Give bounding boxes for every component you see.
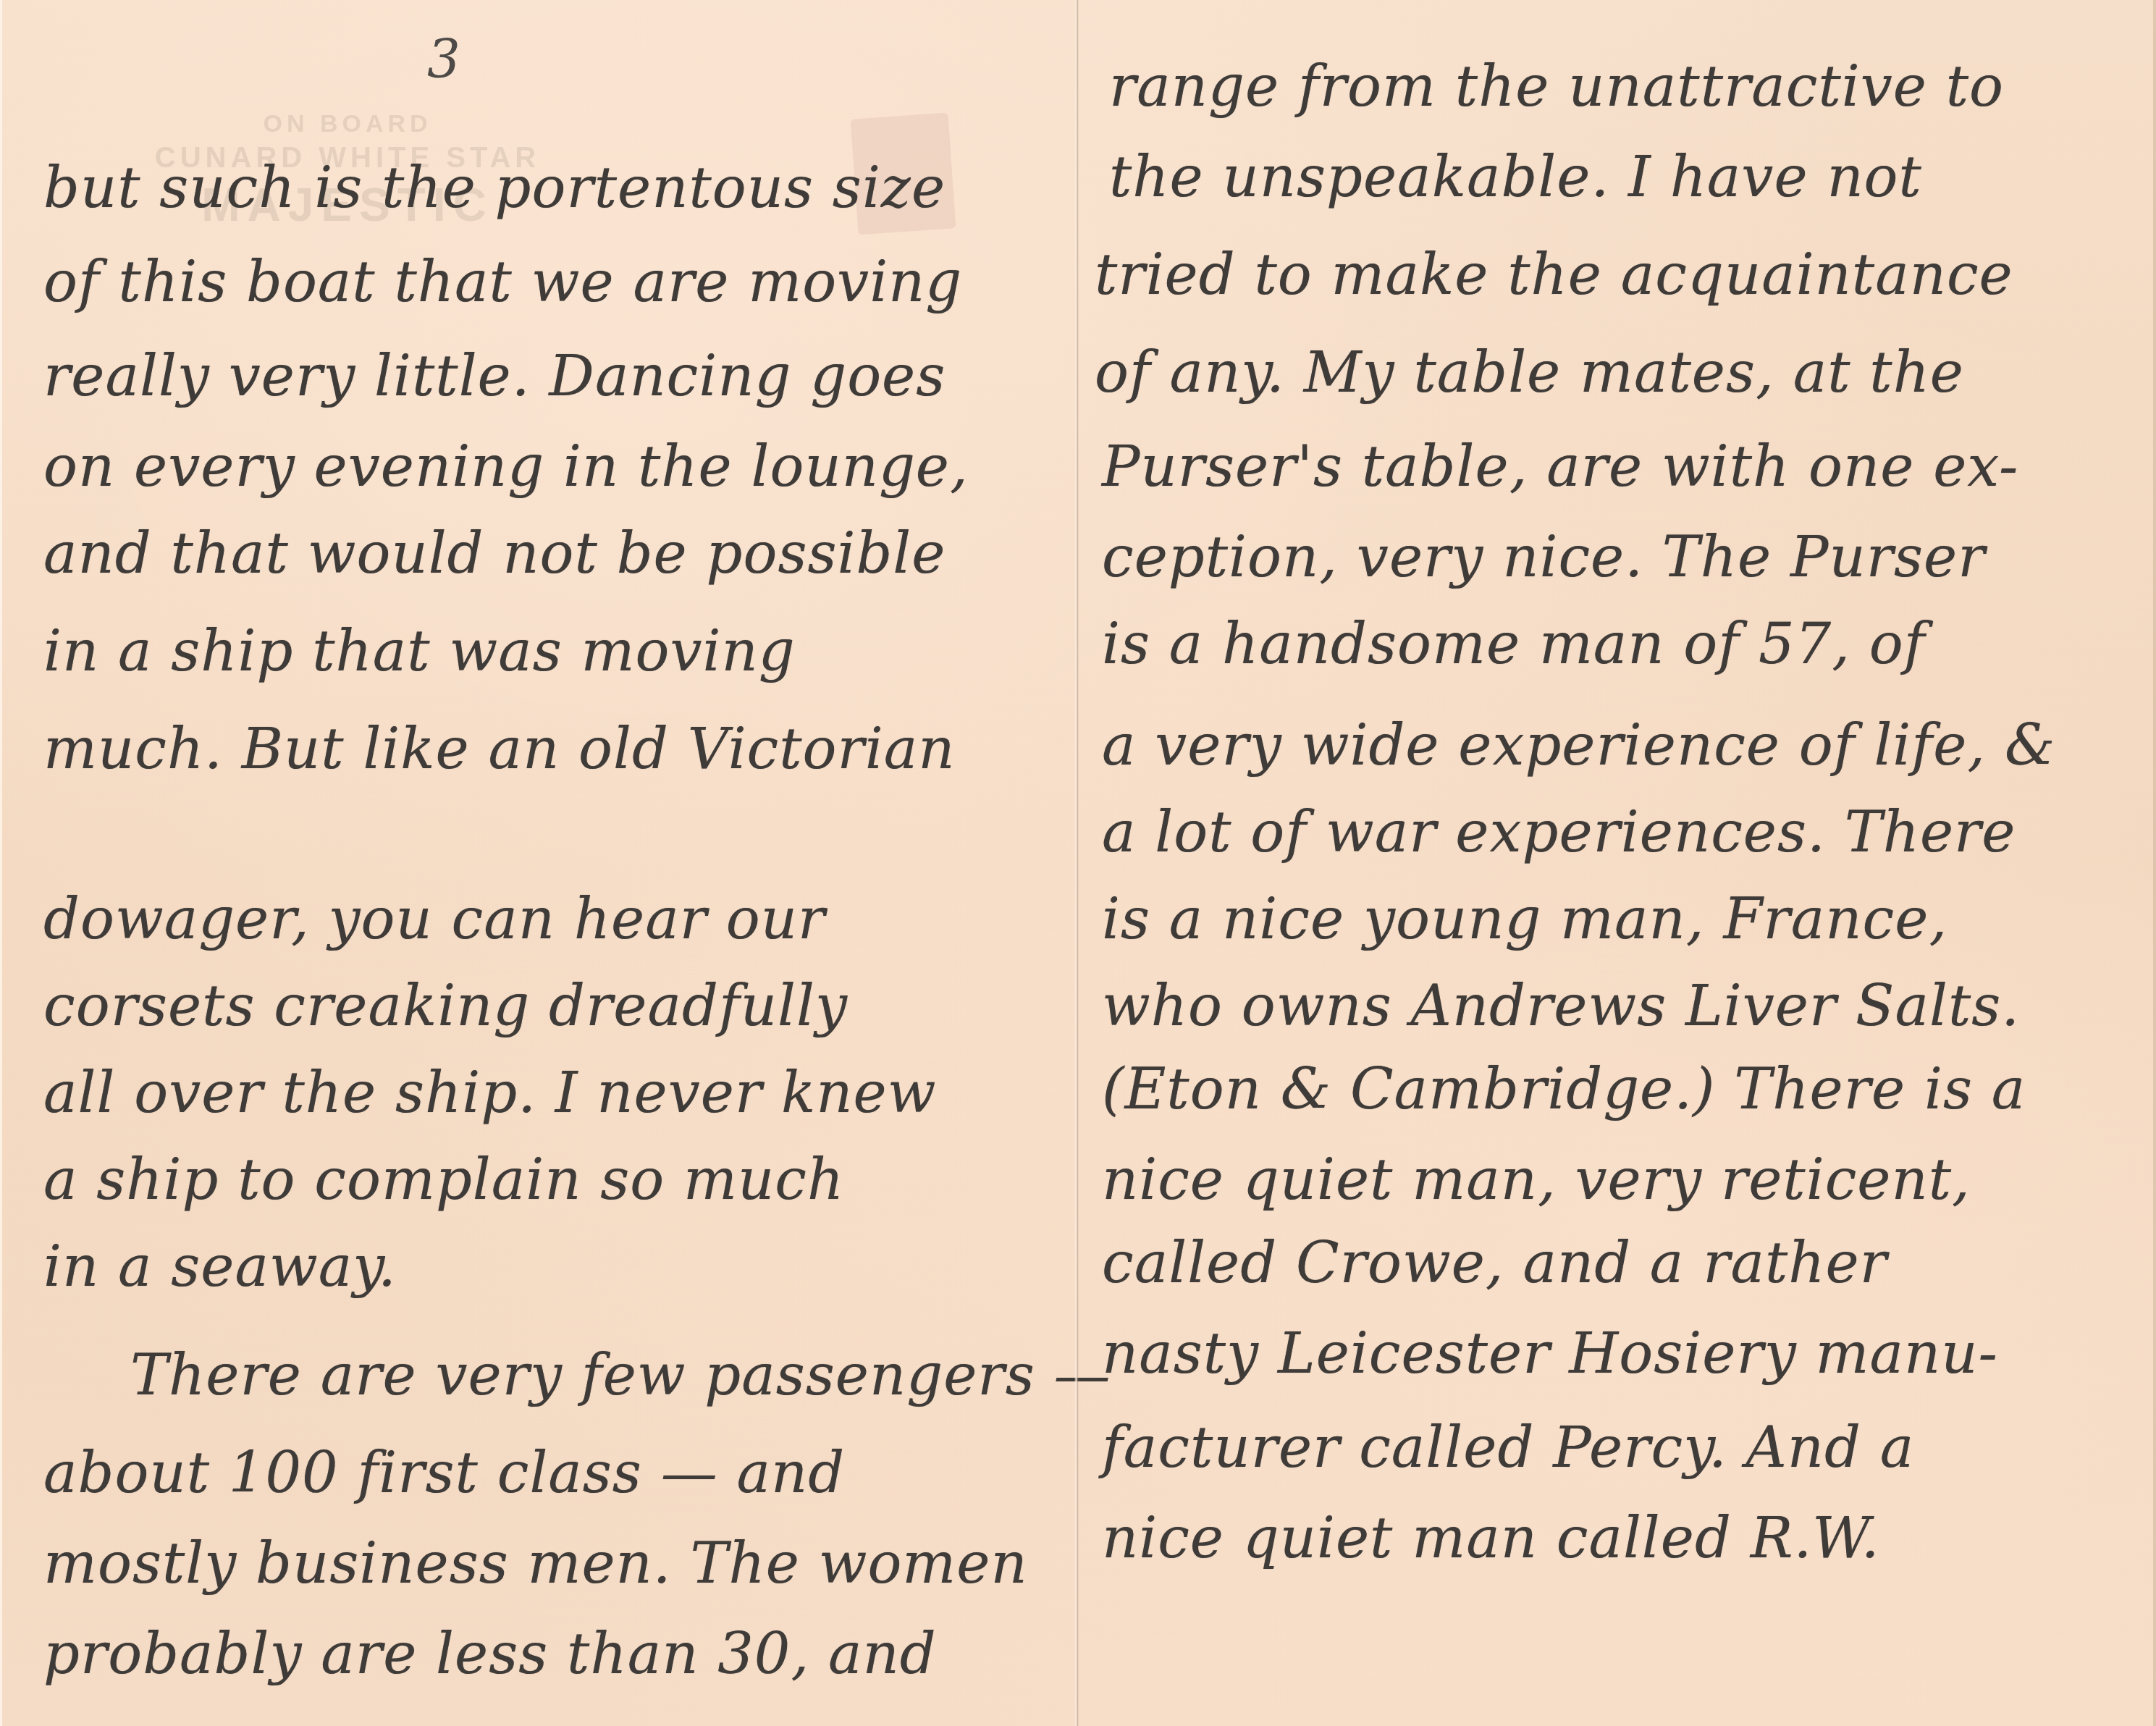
- text-line: mostly business men. The women: [43, 1531, 1028, 1596]
- text-line: corsets creaking dreadfully: [43, 974, 848, 1039]
- text-line: in a ship that was moving: [43, 619, 796, 684]
- text-line: the unspeakable. I have not: [1109, 145, 1922, 210]
- text-line: a ship to complain so much: [43, 1148, 844, 1213]
- text-line: ception, very nice. The Purser: [1102, 525, 1986, 590]
- letterhead-line: ON BOARD: [145, 109, 550, 140]
- text-line: called Crowe, and a rather: [1102, 1231, 1887, 1296]
- page-number: 3: [427, 29, 460, 90]
- text-line: is a handsome man of 57, of: [1102, 612, 1926, 677]
- text-line: of any. My table mates, at the: [1095, 340, 1964, 405]
- text-line: Purser's table, are with one ex-: [1102, 434, 2018, 500]
- text-line: who owns Andrews Liver Salts.: [1102, 974, 2020, 1039]
- text-line: on every evening in the lounge,: [43, 434, 969, 500]
- left-page: ON BOARD CUNARD WHITE STAR MAJESTIC 3 bu…: [0, 0, 1077, 1726]
- text-line: a very wide experience of life, &: [1102, 713, 2055, 778]
- text-line: but such is the portentous size: [43, 156, 946, 221]
- text-line: nice quiet man, very reticent,: [1102, 1148, 1971, 1213]
- text-line: range from the unattractive to: [1109, 54, 2004, 119]
- text-line-indented: There are very few passengers —: [43, 1343, 1111, 1408]
- text-line: much. But like an old Victorian: [43, 717, 956, 782]
- right-page: range from the unattractive to the unspe…: [1077, 0, 2156, 1726]
- text-line: all over the ship. I never knew: [43, 1061, 936, 1126]
- text-line: about 100 first class — and: [43, 1441, 845, 1506]
- text-line: nice quiet man called R.W.: [1102, 1506, 1880, 1571]
- text-line: in a seaway.: [43, 1234, 397, 1300]
- text-line: really very little. Dancing goes: [43, 344, 946, 409]
- text-line: facturer called Percy. And a: [1102, 1415, 1914, 1481]
- text-line: probably are less than 30, and: [43, 1622, 937, 1687]
- text-line: is a nice young man, France,: [1102, 887, 1947, 952]
- text-line: tried to make the acquaintance: [1095, 243, 2013, 308]
- text-line: of this boat that we are moving: [43, 250, 962, 315]
- text-line: dowager, you can hear our: [43, 887, 825, 952]
- text-line: (Eton & Cambridge.) There is a: [1102, 1057, 2026, 1122]
- text-line: a lot of war experiences. There: [1102, 800, 2016, 865]
- text-line: nasty Leicester Hosiery manu-: [1102, 1321, 1998, 1386]
- text-line: and that would not be possible: [43, 521, 946, 586]
